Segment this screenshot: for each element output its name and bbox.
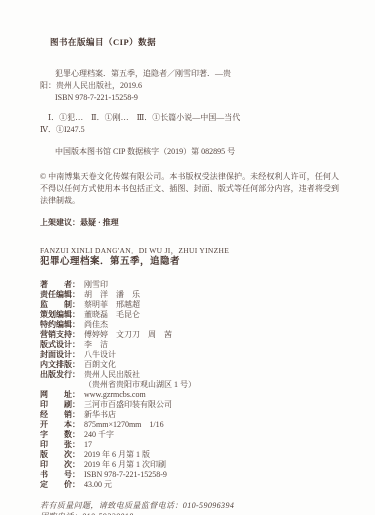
cip-record-block: 犯罪心理档案．第五季，追隐者／刚雪印著．—贵 阳：贵州人民出版社，2019.6 … [40, 68, 339, 104]
colophon-row-typesetting: 内文排版：百朗文化 [40, 360, 339, 370]
colophon-value: 胡 洋 潘 乐 [84, 290, 140, 299]
colophon-value: 刚雪印 [84, 280, 108, 289]
colophon-label: 出版发行： [40, 370, 84, 380]
colophon-row-impression: 印 次：2019 年 6 月第 1 次印刷 [40, 460, 339, 470]
cip-record-line2: 阳：贵州人民出版社，2019.6 [40, 80, 339, 92]
footer-notes: 若有质量问题，请致电质量监督电话：010-59096394 团购电话：010-5… [40, 500, 339, 515]
colophon-value: 李 洁 [84, 340, 108, 349]
colophon-row-planning-editor: 策划编辑：董晓磊 毛昆仑 [40, 310, 339, 320]
colophon-label: 印 刷： [40, 400, 84, 410]
colophon-row-supervisor: 监 制：蔡明菲 邢越超 [40, 300, 339, 310]
colophon-value: 17 [84, 440, 92, 449]
colophon-label: 网 址： [40, 390, 84, 400]
colophon-label: 印 次： [40, 460, 84, 470]
colophon-label: 定 价： [40, 480, 84, 490]
colophon-label: 封面设计： [40, 350, 84, 360]
colophon-value: 董晓磊 毛昆仑 [84, 310, 140, 319]
colophon-row-sheets: 印 张：17 [40, 440, 339, 450]
colophon-label: 书 号： [40, 470, 84, 480]
cip-isbn-line: ISBN 978-7-221-15258-9 [40, 92, 339, 104]
colophon-value: 八牛设计 [84, 350, 116, 359]
colophon-value: （贵州省贵阳市观山湖区 1 号） [84, 380, 196, 389]
colophon-row-publisher-address: （贵州省贵阳市观山湖区 1 号） [40, 380, 339, 390]
colophon-row-printer: 印 刷：三河市百盛印装有限公司 [40, 400, 339, 410]
cip-header: 图书在版编目（CIP）数据 [40, 36, 339, 48]
cip-class-line1: Ⅰ．①犯… Ⅱ．①刚… Ⅲ．①长篇小说—中国—当代 [40, 112, 339, 124]
cip-record-line1: 犯罪心理档案．第五季，追隐者／刚雪印著．—贵 [40, 68, 339, 80]
colophon-row-author: 著 者：刚雪印 [40, 280, 339, 290]
colophon-value: 新华书店 [84, 410, 116, 419]
copyright-page: 图书在版编目（CIP）数据 犯罪心理档案．第五季，追隐者／刚雪印著．—贵 阳：贵… [0, 0, 375, 515]
colophon-row-edition: 版 次：2019 年 6 月第 1 版 [40, 450, 339, 460]
colophon-label: 内文排版： [40, 360, 84, 370]
colophon-row-publisher: 出版发行：贵州人民出版社 [40, 370, 339, 380]
colophon-label: 监 制： [40, 300, 84, 310]
colophon-label: 经 销： [40, 410, 84, 420]
colophon-label: 印 张： [40, 440, 84, 450]
colophon-row-special-editor: 特约编辑：尚佳杰 [40, 320, 339, 330]
colophon-list: 著 者：刚雪印 责任编辑：胡 洋 潘 乐 监 制：蔡明菲 邢越超 策划编辑：董晓… [40, 280, 339, 490]
colophon-row-distributor: 经 销：新华书店 [40, 410, 339, 420]
title-pinyin: FANZUI XINLI DANG'AN．DI WU JI，ZHUI YINZH… [40, 245, 339, 256]
colophon-label: 开 本： [40, 420, 84, 430]
book-title: 犯罪心理档案．第五季，追隐者 [40, 256, 339, 268]
colophon-row-editor: 责任编辑：胡 洋 潘 乐 [40, 290, 339, 300]
colophon-value: 2019 年 6 月第 1 版 [84, 450, 150, 459]
colophon-row-price: 定 价：43.00 元 [40, 480, 339, 490]
cip-classification-block: Ⅰ．①犯… Ⅱ．①刚… Ⅲ．①长篇小说—中国—当代 Ⅳ．①I247.5 [40, 112, 339, 136]
colophon-value: 43.00 元 [84, 480, 112, 489]
colophon-row-format: 开 本：875mm×1270mm 1/16 [40, 420, 339, 430]
colophon-row-marketing: 营销支持：傅婷婷 文刀刀 周 茜 [40, 330, 339, 340]
colophon-row-isbn: 书 号：ISBN 978-7-221-15258-9 [40, 470, 339, 480]
colophon-value: 875mm×1270mm 1/16 [84, 420, 164, 429]
colophon-value: 240 千字 [84, 430, 114, 439]
colophon-value: ISBN 978-7-221-15258-9 [84, 470, 167, 479]
colophon-label: 版 次： [40, 450, 84, 460]
colophon-row-cover-design: 封面设计：八牛设计 [40, 350, 339, 360]
colophon-row-layout-design: 版式设计：李 洁 [40, 340, 339, 350]
colophon-value: 蔡明菲 邢越超 [84, 300, 140, 309]
colophon-label: 策划编辑： [40, 310, 84, 320]
colophon-label: 版式设计： [40, 340, 84, 350]
cip-registry-line: 中国版本图书馆 CIP 数据核字（2019）第 082895 号 [40, 146, 339, 158]
colophon-value: 三河市百盛印装有限公司 [84, 400, 172, 409]
colophon-value: www.gzrmcbs.com [84, 390, 146, 399]
colophon-label: 著 者： [40, 280, 84, 290]
quality-hotline-note: 若有质量问题，请致电质量监督电话：010-59096394 [40, 500, 339, 511]
colophon-label: 责任编辑： [40, 290, 84, 300]
colophon-label: 特约编辑： [40, 320, 84, 330]
cip-class-line2: Ⅳ．①I247.5 [40, 124, 339, 136]
colophon-value: 贵州人民出版社 [84, 370, 140, 379]
copyright-notice: © 中南博集天卷文化传媒有限公司。本书版权受法律保护。未经权利人许可，任何人不得… [40, 171, 339, 207]
colophon-value: 2019 年 6 月第 1 次印刷 [84, 460, 166, 469]
colophon-label: 字 数： [40, 430, 84, 440]
colophon-row-website: 网 址：www.gzrmcbs.com [40, 390, 339, 400]
colophon-value: 傅婷婷 文刀刀 周 茜 [84, 330, 172, 339]
group-purchase-note: 团购电话：010-59320018 [40, 511, 339, 515]
colophon-row-word-count: 字 数：240 千字 [40, 430, 339, 440]
colophon-value: 百朗文化 [84, 360, 116, 369]
colophon-label: 营销支持： [40, 330, 84, 340]
colophon-value: 尚佳杰 [84, 320, 108, 329]
shelf-advice: 上架建议：悬疑 · 推理 [40, 217, 339, 229]
